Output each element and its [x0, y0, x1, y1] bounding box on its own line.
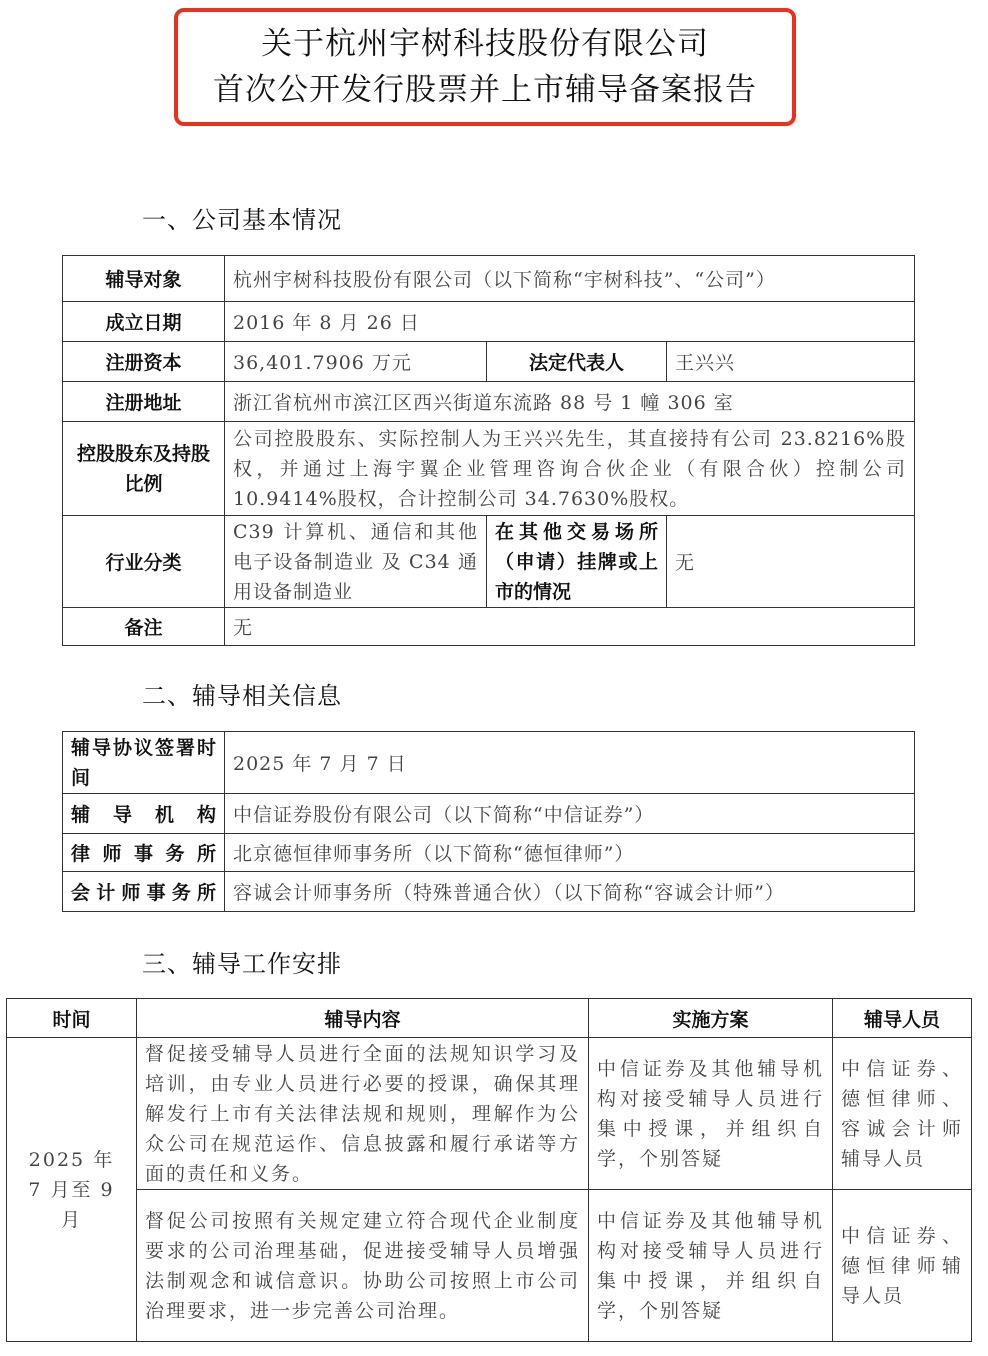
table-row: 成立日期 2016 年 8 月 26 日 — [63, 302, 915, 342]
cell-content: 督促接受辅导人员进行全面的法规知识学习及培训，由专业人员进行必要的授课，确保其理… — [137, 1038, 589, 1190]
value-agreement-date: 2025 年 7 月 7 日 — [225, 732, 915, 794]
value-target: 杭州宇树科技股份有限公司（以下简称“宇树科技”、“公司”） — [225, 256, 915, 302]
table-row: 注册资本 36,401.7906 万元 法定代表人 王兴兴 — [63, 342, 915, 382]
label-institution: 辅导机构 — [63, 794, 225, 834]
label-accounting-firm: 会计师事务所 — [63, 872, 225, 912]
value-address: 浙江省杭州市滨江区西兴街道东流路 88 号 1 幢 306 室 — [225, 382, 915, 422]
value-accounting-firm: 容诚会计师事务所（特殊普通合伙）（以下简称“容诚会计师”） — [225, 872, 915, 912]
label-address: 注册地址 — [63, 382, 225, 422]
table-row: 会计师事务所 容诚会计师事务所（特殊普通合伙）（以下简称“容诚会计师”） — [63, 872, 915, 912]
label-agreement-date: 辅导协议签署时间 — [63, 732, 225, 794]
table-row: 辅导机构 中信证券股份有限公司（以下简称“中信证券”） — [63, 794, 915, 834]
section3-heading: 三、辅导工作安排 — [142, 944, 342, 979]
section2-heading: 二、辅导相关信息 — [142, 676, 342, 711]
label-shareholder: 控股股东及持股比例 — [63, 422, 225, 516]
table-row: 2025 年 7 月至 9 月 督促接受辅导人员进行全面的法规知识学习及培训，由… — [7, 1038, 972, 1190]
label-target: 辅导对象 — [63, 256, 225, 302]
cell-staff: 中信证券、德恒律师辅导人员 — [833, 1190, 972, 1342]
value-law-firm: 北京德恒律师事务所（以下简称“德恒律师”） — [225, 834, 915, 872]
value-founded: 2016 年 8 月 26 日 — [225, 302, 915, 342]
table-row: 督促公司按照有关规定建立符合现代企业制度要求的公司治理基础，促进接受辅导人员增强… — [7, 1190, 972, 1342]
col-header-staff: 辅导人员 — [833, 999, 972, 1038]
label-founded: 成立日期 — [63, 302, 225, 342]
label-law-firm: 律师事务所 — [63, 834, 225, 872]
table-row: 注册地址 浙江省杭州市滨江区西兴街道东流路 88 号 1 幢 306 室 — [63, 382, 915, 422]
report-title-line2: 首次公开发行股票并上市辅导备案报告 — [213, 67, 757, 113]
table-header-row: 时间 辅导内容 实施方案 辅导人员 — [7, 999, 972, 1038]
cell-plan: 中信证券及其他辅导机构对接受辅导人员进行集中授课，并组织自学，个别答疑 — [589, 1190, 833, 1342]
guidance-info-table: 辅导协议签署时间 2025 年 7 月 7 日 辅导机构 中信证券股份有限公司（… — [62, 731, 915, 912]
label-capital: 注册资本 — [63, 342, 225, 382]
col-header-plan: 实施方案 — [589, 999, 833, 1038]
value-shareholder: 公司控股股东、实际控制人为王兴兴先生，其直接持有公司 23.8216%股权，并通… — [225, 422, 915, 516]
value-remarks: 无 — [225, 608, 915, 646]
table-row: 备注 无 — [63, 608, 915, 646]
value-legal-rep: 王兴兴 — [667, 342, 915, 382]
col-header-time: 时间 — [7, 999, 137, 1038]
value-other-listing: 无 — [667, 516, 915, 608]
cell-content: 督促公司按照有关规定建立符合现代企业制度要求的公司治理基础，促进接受辅导人员增强… — [137, 1190, 589, 1342]
table-row: 辅导对象 杭州宇树科技股份有限公司（以下简称“宇树科技”、“公司”） — [63, 256, 915, 302]
section1-heading: 一、公司基本情况 — [142, 200, 342, 235]
label-legal-rep: 法定代表人 — [487, 342, 667, 382]
company-basic-info-table: 辅导对象 杭州宇树科技股份有限公司（以下简称“宇树科技”、“公司”） 成立日期 … — [62, 255, 915, 646]
table-row: 行业分类 C39 计算机、通信和其他电子设备制造业 及 C34 通用设备制造业 … — [63, 516, 915, 608]
table-row: 控股股东及持股比例 公司控股股东、实际控制人为王兴兴先生，其直接持有公司 23.… — [63, 422, 915, 516]
col-header-content: 辅导内容 — [137, 999, 589, 1038]
label-remarks: 备注 — [63, 608, 225, 646]
value-capital: 36,401.7906 万元 — [225, 342, 487, 382]
cell-period: 2025 年 7 月至 9 月 — [7, 1038, 137, 1342]
table-row: 律师事务所 北京德恒律师事务所（以下简称“德恒律师”） — [63, 834, 915, 872]
value-institution: 中信证券股份有限公司（以下简称“中信证券”） — [225, 794, 915, 834]
work-schedule-table: 时间 辅导内容 实施方案 辅导人员 2025 年 7 月至 9 月 督促接受辅导… — [6, 998, 972, 1342]
cell-plan: 中信证券及其他辅导机构对接受辅导人员进行集中授课，并组织自学，个别答疑 — [589, 1038, 833, 1190]
table-row: 辅导协议签署时间 2025 年 7 月 7 日 — [63, 732, 915, 794]
report-title-box: 关于杭州宇树科技股份有限公司 首次公开发行股票并上市辅导备案报告 — [174, 8, 796, 126]
label-other-listing: 在其他交易场所（申请）挂牌或上市的情况 — [487, 516, 667, 608]
cell-staff: 中信证券、德恒律师、容诚会计师辅导人员 — [833, 1038, 972, 1190]
label-industry: 行业分类 — [63, 516, 225, 608]
report-title-line1: 关于杭州宇树科技股份有限公司 — [261, 21, 709, 67]
value-industry: C39 计算机、通信和其他电子设备制造业 及 C34 通用设备制造业 — [225, 516, 487, 608]
